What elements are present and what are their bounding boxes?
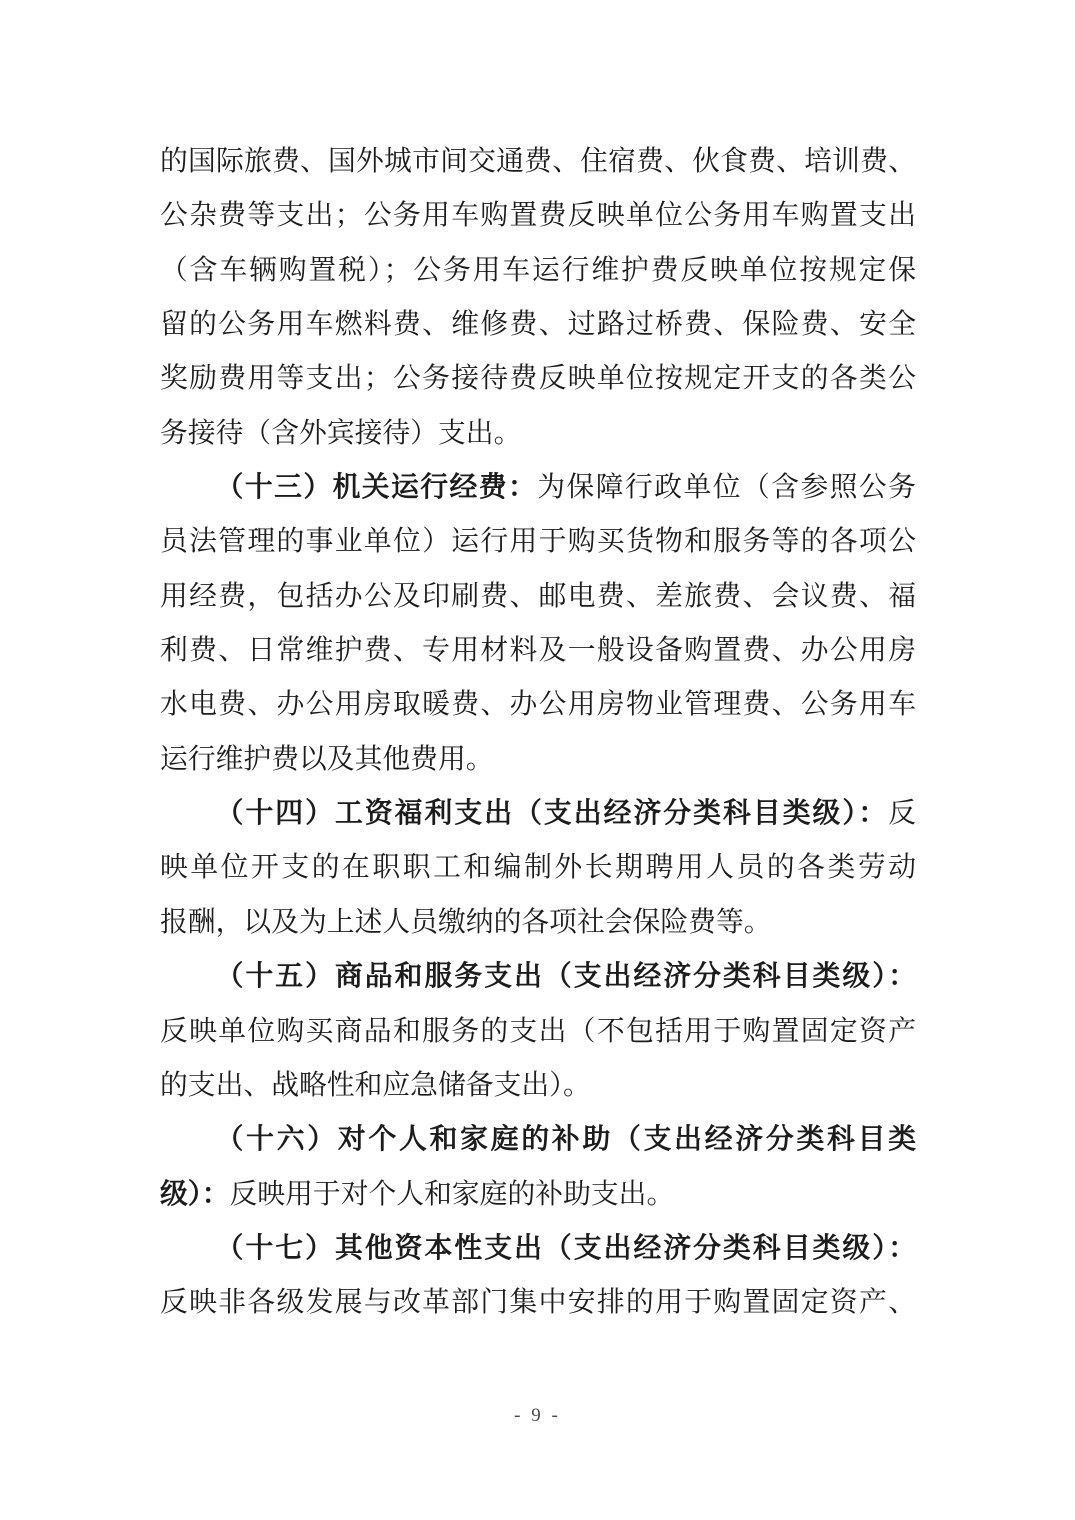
document-page: 的国际旅费、国外城市间交通费、住宿费、伙食费、培训费、公杂费等支出；公务用车购置… [0,0,1075,1520]
body-text: 的支出、战略性和应急储备支出）。 [160,1070,591,1101]
text-line: 反映非各级发展与改革部门集中安排的用于购置固定资产、 [160,1276,916,1330]
text-line: 留的公务用车燃料费、维修费、过路过桥费、保险费、安全 [160,298,916,352]
body-text: 员法管理的事业单位）运行用于购买货物和服务等的各项公 [160,526,916,557]
text-line: 用经费，包括办公及印刷费、邮电费、差旅费、会议费、福 [160,570,916,624]
paragraph-3: （十四）工资福利支出（支出经济分类科目类级）：反映单位开支的在职职工和编制外长期… [160,787,916,950]
body-text: 反映单位购买商品和服务的支出（不包括用于购置固定资产 [160,1016,916,1047]
text-line: 反映单位购买商品和服务的支出（不包括用于购置固定资产 [160,1005,916,1059]
text-line: （十三）机关运行经费：为保障行政单位（含参照公务 [160,461,916,515]
body-text: 映单位开支的在职职工和编制外长期聘用人员的各类劳动 [160,852,916,883]
text-line: 的支出、战略性和应急储备支出）。 [160,1059,916,1113]
document-body: 的国际旅费、国外城市间交通费、住宿费、伙食费、培训费、公杂费等支出；公务用车购置… [160,135,916,1331]
body-text: 用经费，包括办公及印刷费、邮电费、差旅费、会议费、福 [160,581,916,612]
text-line: 公杂费等支出；公务用车购置费反映单位公务用车购置支出 [160,189,916,243]
body-text: 报酬，以及为上述人员缴纳的各项社会保险费等。 [160,907,772,938]
page-number: - 9 - [0,1401,1075,1431]
paragraph-1: 的国际旅费、国外城市间交通费、住宿费、伙食费、培训费、公杂费等支出；公务用车购置… [160,135,916,461]
text-line: 级）：反映用于对个人和家庭的补助支出。 [160,1168,916,1222]
text-line: 奖励费用等支出；公务接待费反映单位按规定开支的各类公 [160,352,916,406]
body-text: 反 [888,798,916,829]
lead-bold-text: （十三）机关运行经费： [216,472,538,503]
lead-bold-text: （十六）对个人和家庭的补助（支出经济分类科目类 [216,1124,916,1155]
body-text: 运行维护费以及其他费用。 [160,744,494,775]
text-line: 的国际旅费、国外城市间交通费、住宿费、伙食费、培训费、 [160,135,916,189]
body-text: 为保障行政单位（含参照公务 [537,472,916,503]
paragraph-5: （十六）对个人和家庭的补助（支出经济分类科目类级）：反映用于对个人和家庭的补助支… [160,1113,916,1222]
body-text: 反映用于对个人和家庭的补助支出。 [230,1179,675,1210]
text-line: （十五）商品和服务支出（支出经济分类科目类级）： [160,950,916,1004]
paragraph-2: （十三）机关运行经费：为保障行政单位（含参照公务员法管理的事业单位）运行用于购买… [160,461,916,787]
text-line: （十七）其他资本性支出（支出经济分类科目类级）： [160,1222,916,1276]
body-text: 水电费、办公用房取暖费、办公用房物业管理费、公务用车 [160,689,916,720]
body-text: 务接待（含外宾接待）支出。 [160,418,521,449]
lead-bold-text: 级）： [160,1179,230,1210]
text-line: 员法管理的事业单位）运行用于购买货物和服务等的各项公 [160,515,916,569]
body-text: 利费、日常维护费、专用材料及一般设备购置费、办公用房 [160,635,916,666]
paragraph-6: （十七）其他资本性支出（支出经济分类科目类级）：反映非各级发展与改革部门集中安排… [160,1222,916,1331]
text-line: （十六）对个人和家庭的补助（支出经济分类科目类 [160,1113,916,1167]
body-text: （含车辆购置税）；公务用车运行维护费反映单位按规定保 [160,255,916,286]
lead-bold-text: （十五）商品和服务支出（支出经济分类科目类级）： [216,961,916,992]
text-line: 利费、日常维护费、专用材料及一般设备购置费、办公用房 [160,624,916,678]
body-text: 公杂费等支出；公务用车购置费反映单位公务用车购置支出 [160,200,916,231]
lead-bold-text: （十七）其他资本性支出（支出经济分类科目类级）： [216,1233,916,1264]
text-line: 运行维护费以及其他费用。 [160,733,916,787]
text-line: 务接待（含外宾接待）支出。 [160,407,916,461]
body-text: 反映非各级发展与改革部门集中安排的用于购置固定资产、 [160,1287,916,1318]
text-line: 报酬，以及为上述人员缴纳的各项社会保险费等。 [160,896,916,950]
body-text: 的国际旅费、国外城市间交通费、住宿费、伙食费、培训费、 [160,146,916,177]
text-line: 水电费、办公用房取暖费、办公用房物业管理费、公务用车 [160,678,916,732]
text-line: （十四）工资福利支出（支出经济分类科目类级）：反 [160,787,916,841]
text-line: （含车辆购置税）；公务用车运行维护费反映单位按规定保 [160,244,916,298]
paragraph-4: （十五）商品和服务支出（支出经济分类科目类级）：反映单位购买商品和服务的支出（不… [160,950,916,1113]
lead-bold-text: （十四）工资福利支出（支出经济分类科目类级）： [216,798,889,829]
text-line: 映单位开支的在职职工和编制外长期聘用人员的各类劳动 [160,841,916,895]
body-text: 奖励费用等支出；公务接待费反映单位按规定开支的各类公 [160,363,916,394]
body-text: 留的公务用车燃料费、维修费、过路过桥费、保险费、安全 [160,309,916,340]
